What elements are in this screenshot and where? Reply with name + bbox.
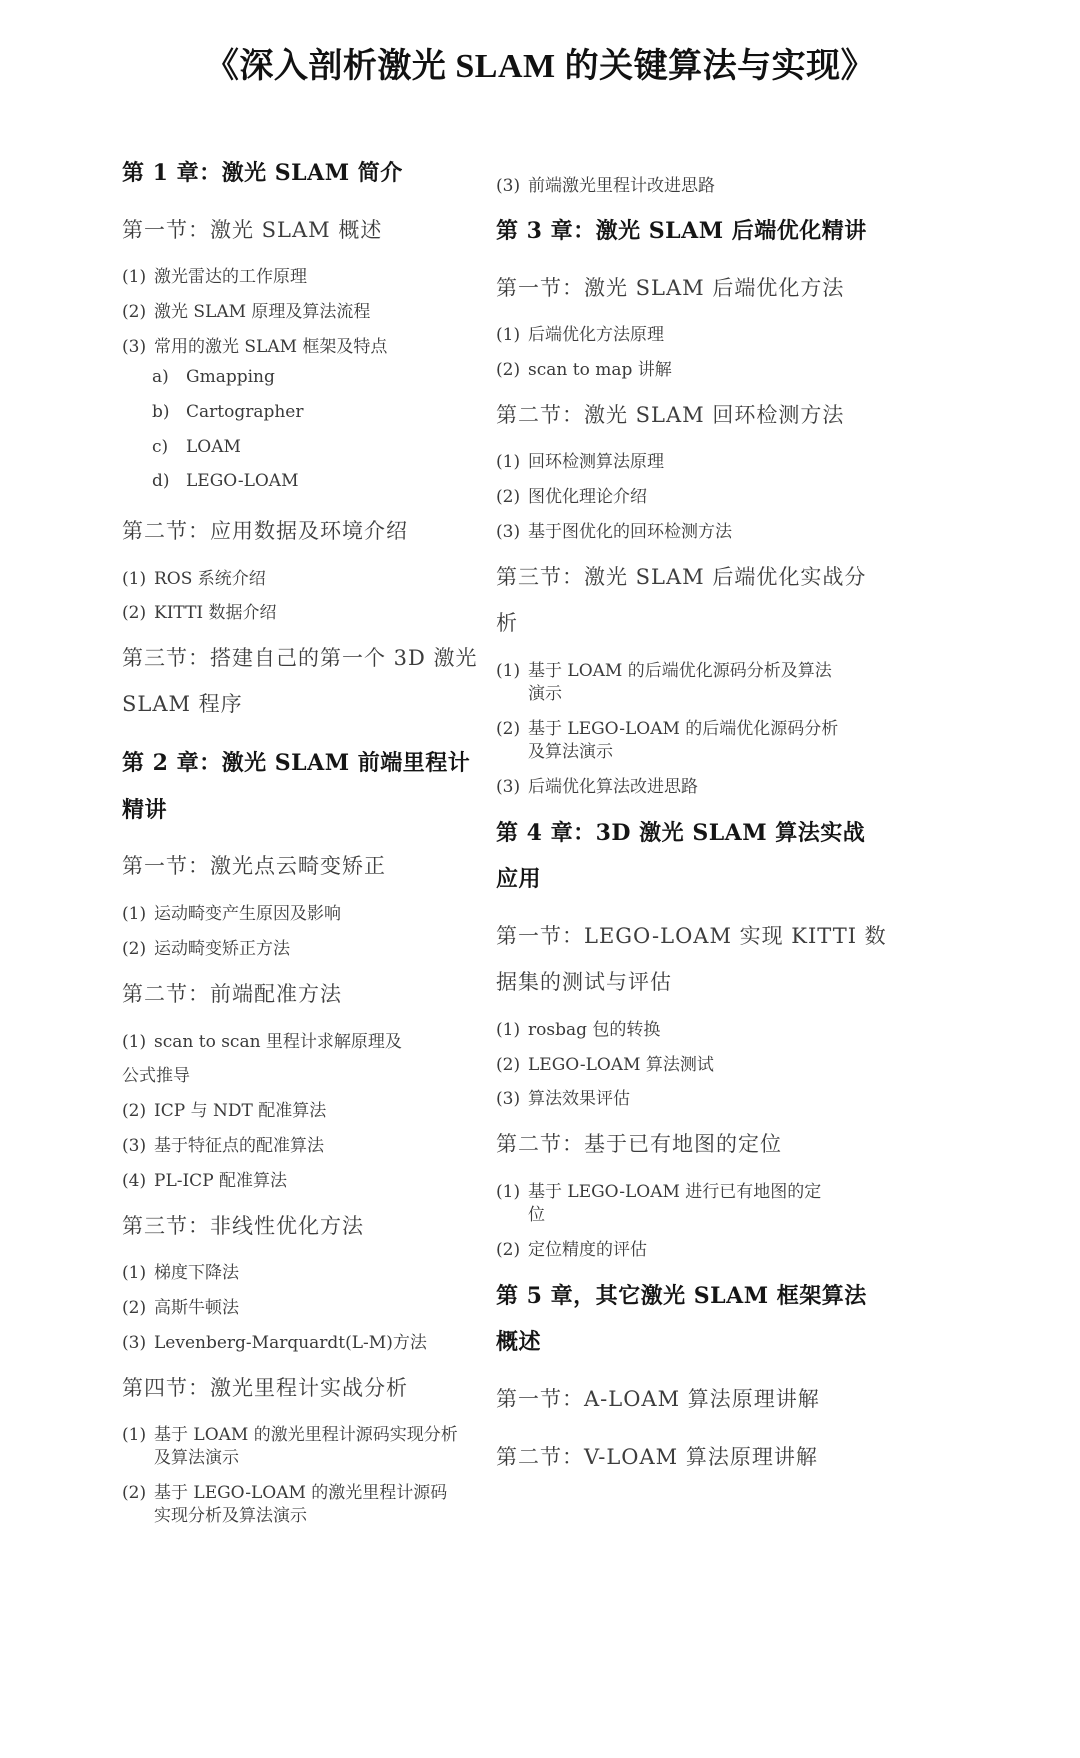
chapter-2-heading-cont: 精讲 bbox=[122, 793, 167, 824]
list-item: (2)图优化理论介绍 bbox=[496, 482, 647, 507]
chapter-5-section-2: 第二节：V-LOAM 算法原理讲解 bbox=[496, 1441, 818, 1471]
list-item: (1)rosbag 包的转换 bbox=[496, 1015, 660, 1040]
list-item: (2)高斯牛顿法 bbox=[122, 1293, 239, 1318]
list-item: (2)激光 SLAM 原理及算法流程 bbox=[122, 297, 370, 322]
list-item: (2)KITTI 数据介绍 bbox=[122, 598, 277, 623]
chapter-3-section-3: 第三节：激光 SLAM 后端优化实战分 bbox=[496, 561, 866, 591]
sub-list-item: d)LEGO-LOAM bbox=[152, 471, 299, 491]
chapter-2-heading: 第 2 章：激光 SLAM 前端里程计 bbox=[122, 746, 470, 777]
list-item: (1)ROS 系统介绍 bbox=[122, 564, 266, 589]
list-item: (2)LEGO-LOAM 算法测试 bbox=[496, 1050, 714, 1075]
chapter-1-section-3: 第三节：搭建自己的第一个 3D 激光 bbox=[122, 642, 478, 672]
list-item: (2)定位精度的评估 bbox=[496, 1235, 647, 1260]
list-item: (1)基于 LOAM 的激光里程计源码实现分析 bbox=[122, 1420, 458, 1445]
sub-list-item: a)Gmapping bbox=[152, 367, 275, 387]
list-item: (1)基于 LOAM 的后端优化源码分析及算法 bbox=[496, 656, 832, 681]
chapter-5-section-1: 第一节：A-LOAM 算法原理讲解 bbox=[496, 1383, 820, 1413]
chapter-1-heading: 第 1 章：激光 SLAM 简介 bbox=[122, 156, 403, 187]
list-item: (1)基于 LEGO-LOAM 进行已有地图的定 bbox=[496, 1177, 821, 1202]
document-title: 《深入剖析激光 SLAM 的关键算法与实现》 bbox=[0, 38, 1080, 87]
list-item: (2)基于 LEGO-LOAM 的激光里程计源码 bbox=[122, 1478, 447, 1503]
chapter-2-section-1: 第一节：激光点云畸变矫正 bbox=[122, 850, 386, 880]
list-item-cont: 演示 bbox=[528, 679, 562, 704]
chapter-4-section-2: 第二节：基于已有地图的定位 bbox=[496, 1128, 782, 1158]
chapter-5-heading: 第 5 章，其它激光 SLAM 框架算法 bbox=[496, 1279, 867, 1310]
chapter-2-section-3: 第三节：非线性优化方法 bbox=[122, 1210, 364, 1240]
list-item: (3)基于特征点的配准算法 bbox=[122, 1131, 324, 1156]
list-item: (1)运动畸变产生原因及影响 bbox=[122, 899, 341, 924]
chapter-3-heading: 第 3 章：激光 SLAM 后端优化精讲 bbox=[496, 214, 867, 245]
list-item-cont: 位 bbox=[528, 1200, 545, 1225]
list-item: (3)后端优化算法改进思路 bbox=[496, 772, 698, 797]
list-item: (1)梯度下降法 bbox=[122, 1258, 239, 1283]
chapter-3-section-1: 第一节：激光 SLAM 后端优化方法 bbox=[496, 272, 844, 302]
sub-list-item: b)Cartographer bbox=[152, 402, 304, 422]
chapter-1-section-2: 第二节：应用数据及环境介绍 bbox=[122, 515, 408, 545]
list-item-cont: 实现分析及算法演示 bbox=[154, 1501, 307, 1526]
list-item: (4)PL-ICP 配准算法 bbox=[122, 1166, 287, 1191]
list-item: (3)算法效果评估 bbox=[496, 1084, 630, 1109]
list-item: (1)后端优化方法原理 bbox=[496, 320, 664, 345]
list-item: (2)运动畸变矫正方法 bbox=[122, 934, 290, 959]
list-item: (1)激光雷达的工作原理 bbox=[122, 262, 307, 287]
list-item: (3)前端激光里程计改进思路 bbox=[496, 171, 715, 196]
list-item: (3)基于图优化的回环检测方法 bbox=[496, 517, 732, 542]
chapter-2-section-2: 第二节：前端配准方法 bbox=[122, 978, 342, 1008]
chapter-4-section-1-cont: 据集的测试与评估 bbox=[496, 966, 672, 996]
list-item-cont: 公式推导 bbox=[122, 1061, 190, 1086]
chapter-4-heading-cont: 应用 bbox=[496, 862, 541, 893]
list-item: (2)ICP 与 NDT 配准算法 bbox=[122, 1096, 326, 1121]
list-item: (1)回环检测算法原理 bbox=[496, 447, 664, 472]
chapter-2-section-4: 第四节：激光里程计实战分析 bbox=[122, 1372, 408, 1402]
list-item-cont: 及算法演示 bbox=[154, 1443, 239, 1468]
list-item: (1)scan to scan 里程计求解原理及 bbox=[122, 1027, 402, 1052]
list-item: (2)基于 LEGO-LOAM 的后端优化源码分析 bbox=[496, 714, 838, 739]
list-item: (2)scan to map 讲解 bbox=[496, 355, 672, 380]
list-item: (3)Levenberg-Marquardt(L-M)方法 bbox=[122, 1328, 427, 1353]
chapter-3-section-2: 第二节：激光 SLAM 回环检测方法 bbox=[496, 399, 844, 429]
sub-list-item: c)LOAM bbox=[152, 437, 241, 457]
chapter-4-heading: 第 4 章：3D 激光 SLAM 算法实战 bbox=[496, 816, 865, 847]
chapter-3-section-3-cont: 析 bbox=[496, 607, 518, 637]
list-item: (3)常用的激光 SLAM 框架及特点 bbox=[122, 332, 387, 357]
chapter-5-heading-cont: 概述 bbox=[496, 1325, 541, 1356]
chapter-1-section-1: 第一节：激光 SLAM 概述 bbox=[122, 214, 382, 244]
list-item-cont: 及算法演示 bbox=[528, 737, 613, 762]
chapter-4-section-1: 第一节：LEGO-LOAM 实现 KITTI 数 bbox=[496, 920, 887, 950]
chapter-1-section-3-cont: SLAM 程序 bbox=[122, 688, 243, 718]
